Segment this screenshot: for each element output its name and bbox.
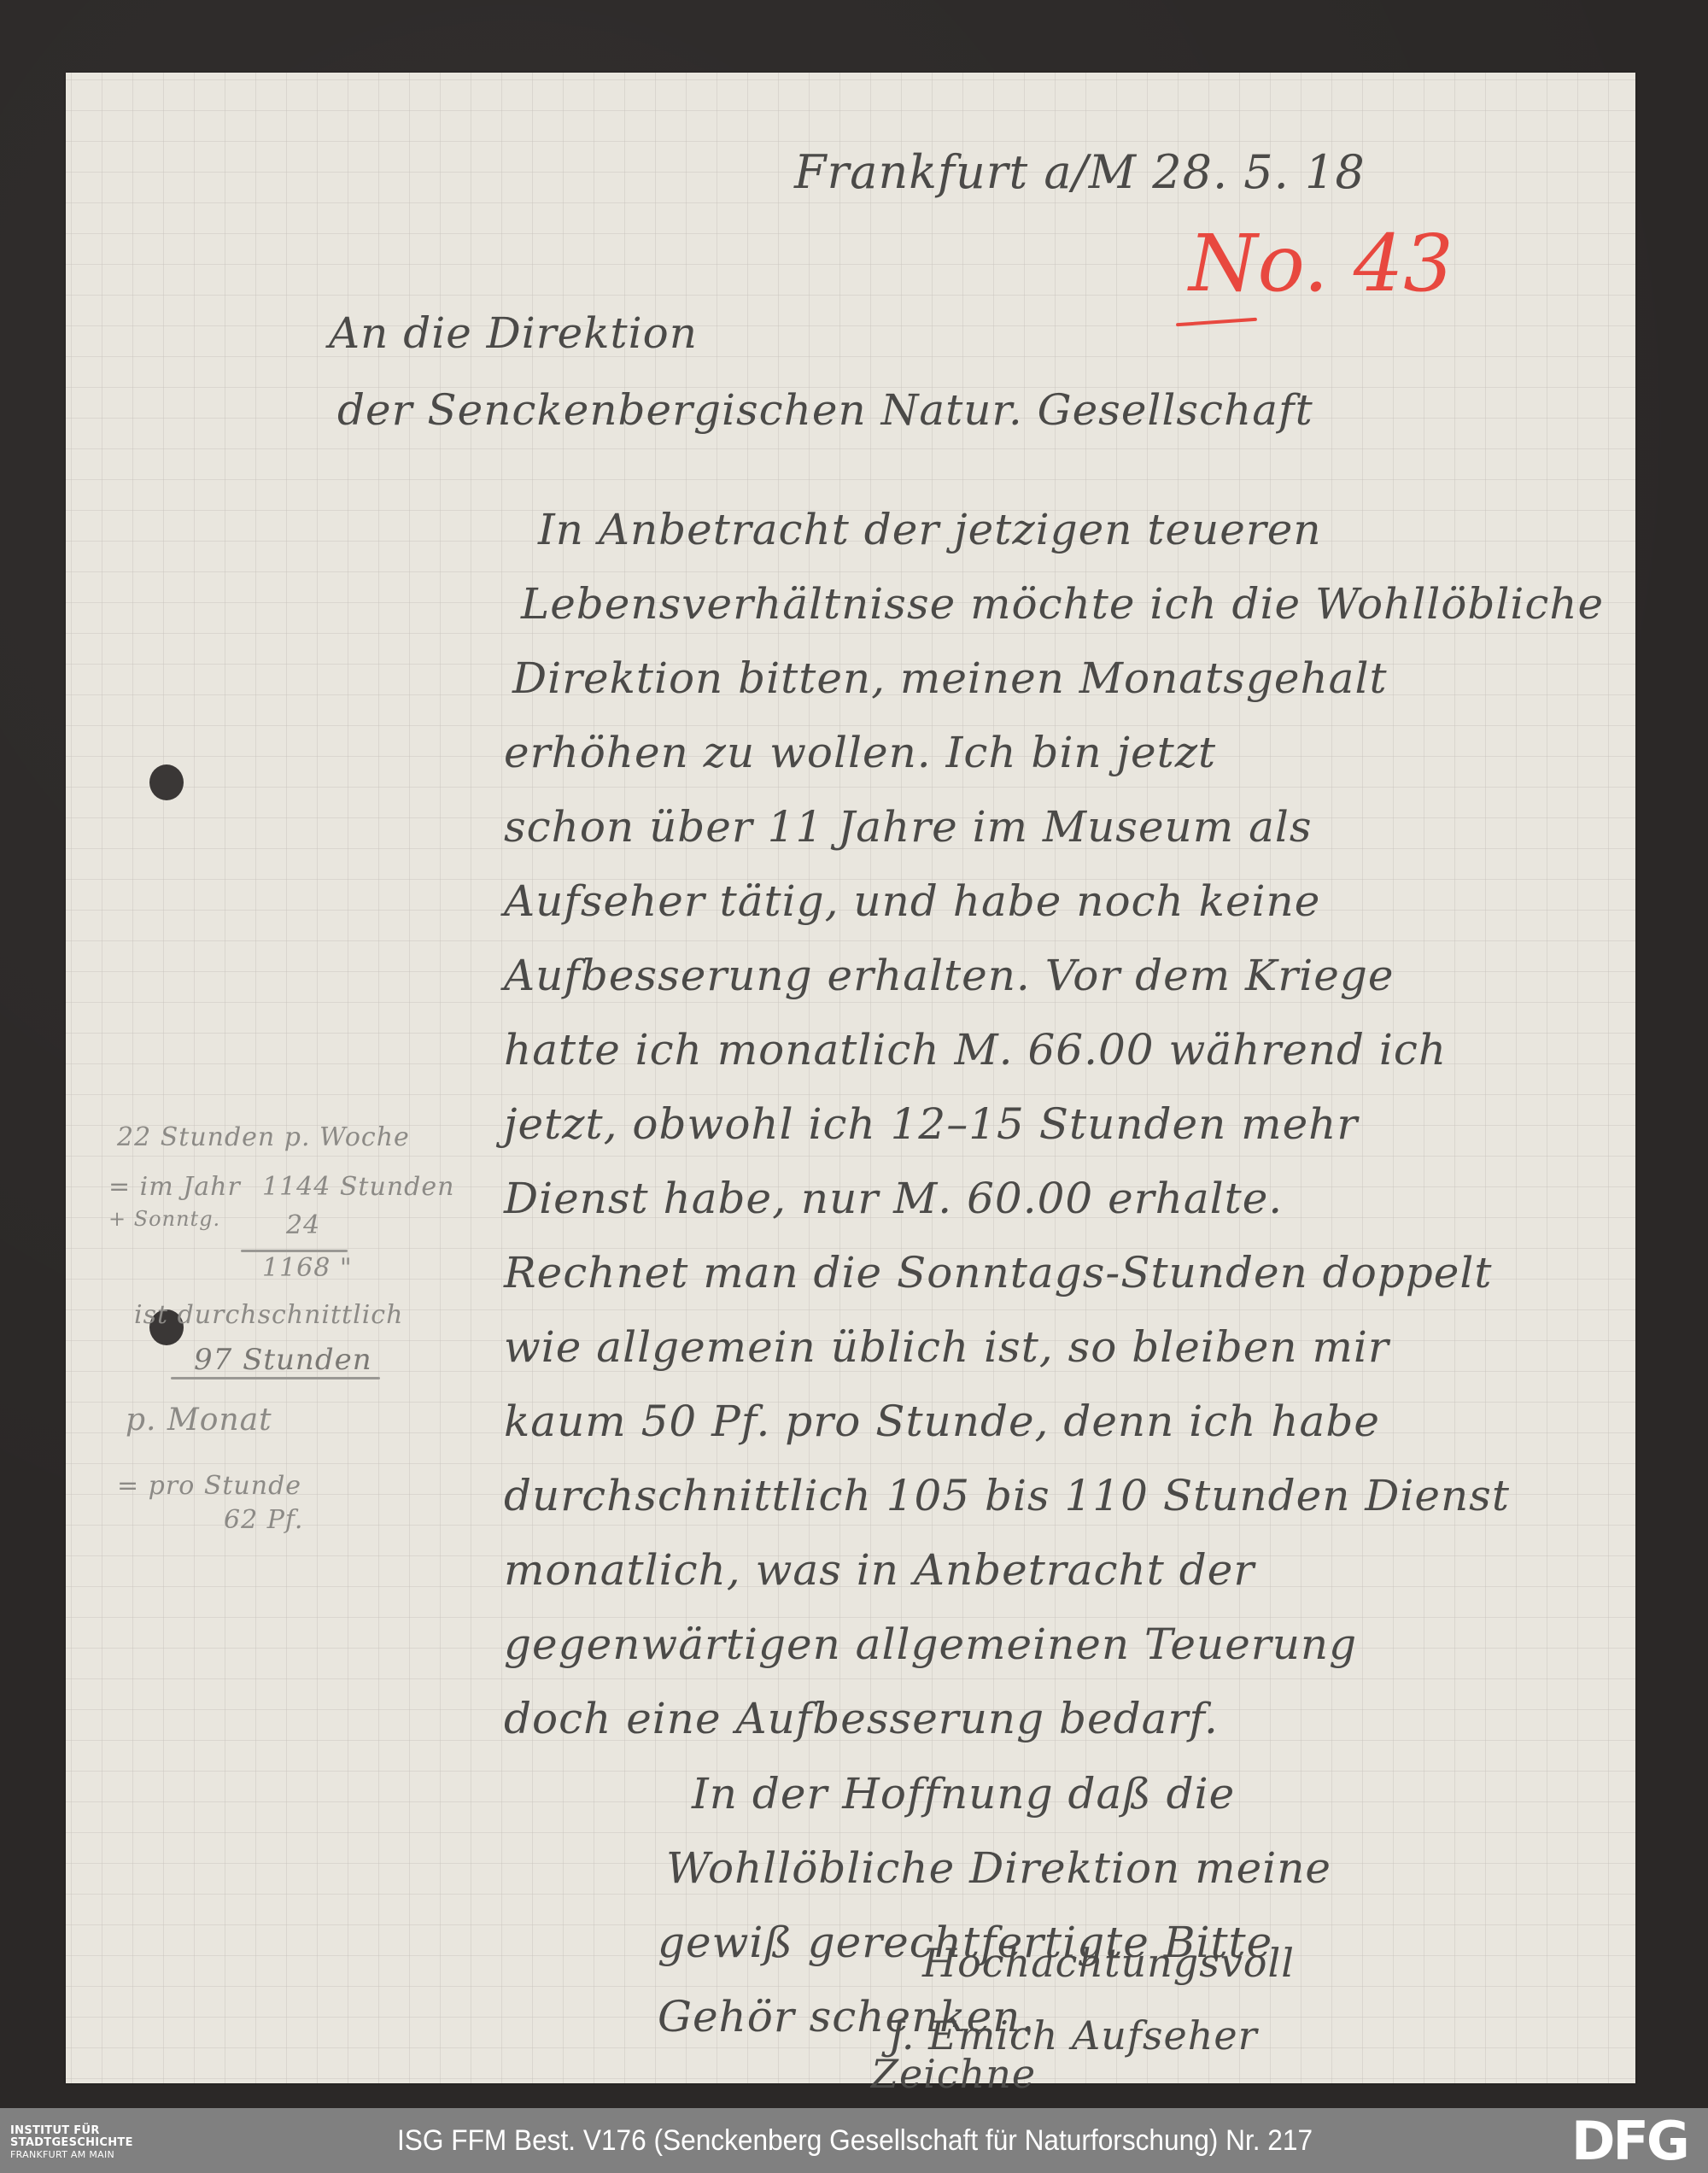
- body-line: Direktion bitten, meinen Monatsgehalt: [512, 657, 1388, 700]
- letter-sheet: Frankfurt a/M 28. 5. 18 No. 43 An die Di…: [66, 73, 1635, 2083]
- institution-name-line-1: INSTITUT FÜR: [10, 2125, 133, 2137]
- body-line: wie allgemein üblich ist, so bleiben mir: [504, 1326, 1389, 1368]
- punch-hole: [149, 764, 184, 800]
- margin-note: p. Monat: [126, 1405, 272, 1436]
- body-line: kaum 50 Pf. pro Stunde, denn ich habe: [504, 1400, 1380, 1443]
- signature-greeting: Zeichne: [871, 2054, 1036, 2094]
- document-number-stamp: No. 43: [1189, 225, 1454, 303]
- body-line: hatte ich monatlich M. 66.00 während ich: [504, 1028, 1447, 1071]
- dfg-logo: DFG: [1571, 2115, 1688, 2168]
- body-line: erhöhen zu wollen. Ich bin jetzt: [504, 731, 1216, 774]
- institution-city: FRANKFURT AM MAIN: [10, 2149, 133, 2161]
- margin-note: 1168 ": [262, 1256, 353, 1281]
- body-line: durchschnittlich 105 bis 110 Stunden Die…: [504, 1474, 1510, 1517]
- closing-line: Wohllöbliche Direktion meine: [666, 1847, 1331, 1889]
- signature-regards: Hochachtungsvoll: [922, 1943, 1295, 1983]
- body-line: Rechnet man die Sonntags-Stunden doppelt: [504, 1251, 1492, 1294]
- body-line: gegenwärtigen allgemeinen Teuerung: [504, 1623, 1357, 1666]
- body-line: jetzt, obwohl ich 12–15 Stunden mehr: [504, 1103, 1358, 1145]
- addressee-line-1: An die Direktion: [329, 312, 698, 354]
- margin-note: 62 Pf.: [224, 1508, 303, 1533]
- total-underline: [171, 1377, 380, 1379]
- body-line: Aufbesserung erhalten. Vor dem Kriege: [504, 954, 1394, 997]
- signature-name: J. Emich Aufseher: [888, 2016, 1258, 2055]
- institution-name-line-2: STADTGESCHICHTE: [10, 2137, 133, 2149]
- body-line: doch eine Aufbesserung bedarf.: [504, 1697, 1219, 1740]
- body-line: Aufseher tätig, und habe noch keine: [504, 880, 1320, 922]
- body-line: In Anbetracht der jetzigen teueren: [538, 508, 1322, 551]
- margin-note-total: 97 Stunden: [194, 1345, 372, 1374]
- margin-note: + Sonntg.: [108, 1209, 220, 1229]
- margin-note: 22 Stunden p. Woche: [117, 1125, 410, 1151]
- body-line: schon über 11 Jahre im Museum als: [504, 805, 1313, 848]
- body-line: Dienst habe, nur M. 60.00 erhalte.: [504, 1177, 1283, 1220]
- margin-note: ist durchschnittlich: [134, 1303, 403, 1328]
- closing-line: In der Hoffnung daß die: [692, 1772, 1235, 1815]
- margin-note: 24: [286, 1213, 320, 1239]
- margin-note: 1144 Stunden: [262, 1174, 454, 1200]
- body-line: monatlich, was in Anbetracht der: [504, 1549, 1255, 1591]
- sum-rule: [241, 1250, 348, 1252]
- number-underline: [1176, 318, 1257, 327]
- margin-note: = im Jahr: [108, 1174, 241, 1200]
- institution-logo: INSTITUT FÜR STADTGESCHICHTE FRANKFURT A…: [10, 2125, 133, 2161]
- margin-note: = pro Stunde: [117, 1473, 301, 1499]
- addressee-line-2: der Senckenbergischen Natur. Gesellschaf…: [337, 389, 1313, 431]
- archive-footer-bar: INSTITUT FÜR STADTGESCHICHTE FRANKFURT A…: [0, 2108, 1708, 2173]
- archive-reference-caption: ISG FFM Best. V176 (Senckenberg Gesellsc…: [397, 2123, 1313, 2158]
- body-line: Lebensverhältnisse möchte ich die Wohllö…: [521, 583, 1604, 625]
- place-date: Frankfurt a/M 28. 5. 18: [794, 149, 1366, 196]
